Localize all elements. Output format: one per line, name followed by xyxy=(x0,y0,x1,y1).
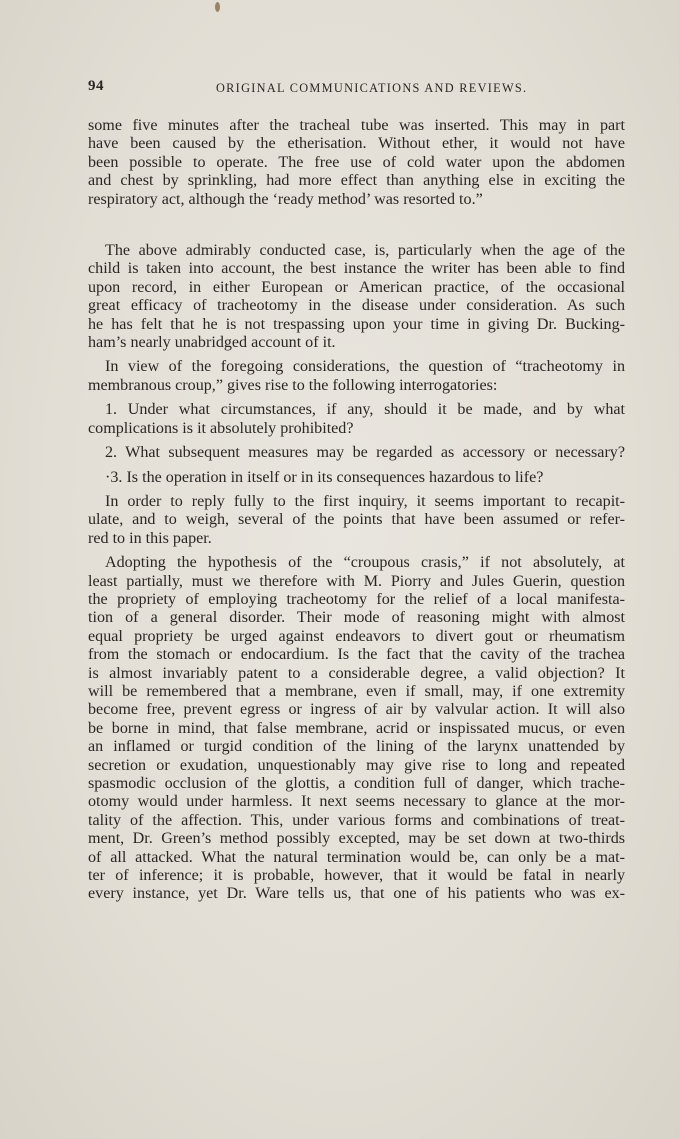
running-title: ORIGINAL COMMUNICATIONS AND REVIEWS. xyxy=(216,81,527,96)
paragraph: The above admirably conducted case, is, … xyxy=(88,242,625,352)
text-line: ham’s nearly unabridged account of it. xyxy=(88,334,625,352)
paragraph: In order to reply fully to the first inq… xyxy=(88,493,625,548)
question-1: 1. Under what circumstances, if any, sho… xyxy=(88,401,625,438)
ink-smudge xyxy=(215,2,220,12)
text-line: will be remembered that a membrane, even… xyxy=(88,683,625,701)
text-line: an inflamed or turgid condition of the l… xyxy=(88,738,625,756)
text-line: be borne in mind, that false membrane, a… xyxy=(88,720,625,738)
text-line: equal propriety be urged against endeavo… xyxy=(88,628,625,646)
text-line: is almost invariably patent to a conside… xyxy=(88,665,625,683)
section-gap xyxy=(88,209,625,242)
text-line: otomy would under harmless. It next seem… xyxy=(88,793,625,811)
question-2: 2. What subsequent measures may be regar… xyxy=(88,444,625,462)
text-line: In view of the foregoing considerations,… xyxy=(88,358,625,376)
text-line: 1. Under what circumstances, if any, sho… xyxy=(88,401,625,419)
text-line: spasmodic occlusion of the glottis, a co… xyxy=(88,775,625,793)
text-line: ulate, and to weigh, several of the poin… xyxy=(88,511,625,529)
text-line: tion of a general disorder. Their mode o… xyxy=(88,609,625,627)
text-line: and chest by sprinkling, had more effect… xyxy=(88,172,625,190)
text-line: red to in this paper. xyxy=(88,530,625,548)
text-line: some five minutes after the tracheal tub… xyxy=(88,117,625,135)
text-line: The above admirably conducted case, is, … xyxy=(88,242,625,260)
text-line: child is taken into account, the best in… xyxy=(88,260,625,278)
text-line: tality of the affection. This, under var… xyxy=(88,812,625,830)
page-number: 94 xyxy=(88,78,104,95)
text-line: secretion or exudation, unquestionably m… xyxy=(88,757,625,775)
text-line: he has felt that he is not trespassing u… xyxy=(88,316,625,334)
text-line: In order to reply fully to the first inq… xyxy=(88,493,625,511)
paragraph: Adopting the hypothesis of the “croupous… xyxy=(88,554,625,904)
text-line: respiratory act, although the ‘ready met… xyxy=(88,191,625,209)
text-line: 2. What subsequent measures may be regar… xyxy=(88,444,625,462)
text-line: ·3. Is the operation in itself or in its… xyxy=(88,469,625,487)
text-line: every instance, yet Dr. Ware tells us, t… xyxy=(88,885,625,903)
question-3: ·3. Is the operation in itself or in its… xyxy=(88,469,625,487)
page-header: 94 ORIGINAL COMMUNICATIONS AND REVIEWS. xyxy=(88,78,628,98)
text-line: upon record, in either European or Ameri… xyxy=(88,279,625,297)
text-line: the propriety of employing tracheotomy f… xyxy=(88,591,625,609)
text-line: have been caused by the etherisation. Wi… xyxy=(88,135,625,153)
text-line: from the stomach or endocardium. Is the … xyxy=(88,646,625,664)
text-line: membranous croup,” gives rise to the fol… xyxy=(88,377,625,395)
text-line: become free, prevent egress or ingress o… xyxy=(88,701,625,719)
text-line: of all attacked. What the natural termin… xyxy=(88,849,625,867)
scanned-page: 94 ORIGINAL COMMUNICATIONS AND REVIEWS. … xyxy=(0,0,679,1139)
text-line: been possible to operate. The free use o… xyxy=(88,154,625,172)
text-line: ment, Dr. Green’s method possibly except… xyxy=(88,830,625,848)
text-line: least partially, must we therefore with … xyxy=(88,573,625,591)
text-line: great efficacy of tracheotomy in the dis… xyxy=(88,297,625,315)
body-text: some five minutes after the tracheal tub… xyxy=(88,117,625,904)
text-line: ter of inference; it is probable, howeve… xyxy=(88,867,625,885)
paragraph-quote-end: some five minutes after the tracheal tub… xyxy=(88,117,625,209)
paragraph: In view of the foregoing considerations,… xyxy=(88,358,625,395)
text-line: Adopting the hypothesis of the “croupous… xyxy=(88,554,625,572)
text-line: complications is it absolutely prohibite… xyxy=(88,420,625,438)
